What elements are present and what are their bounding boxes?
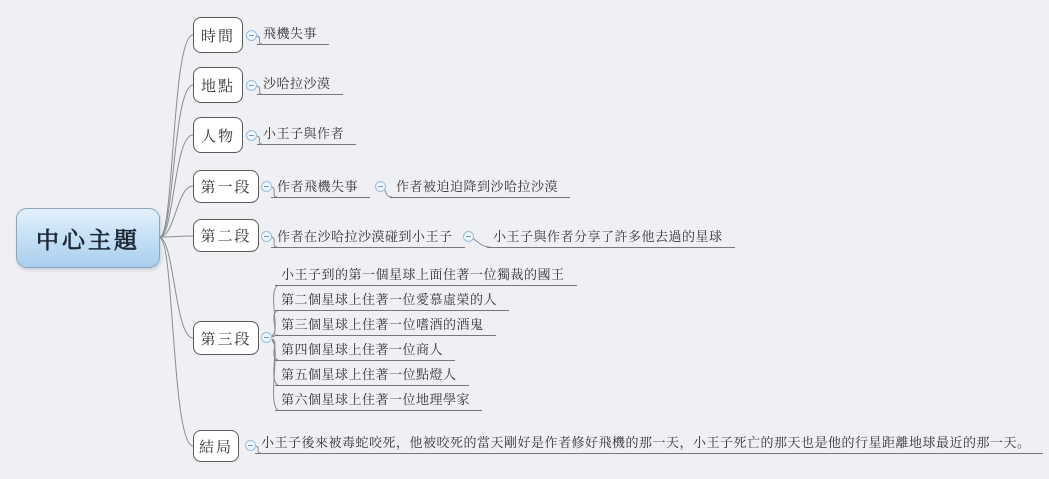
- connector-line: [160, 236, 193, 237]
- collapse-button[interactable]: [246, 30, 257, 41]
- connector-line: [160, 238, 193, 446]
- connector-line: [160, 238, 193, 338]
- minus-icon: [264, 236, 269, 237]
- minus-icon: [264, 186, 269, 187]
- minus-icon: [248, 445, 253, 446]
- connector-line: [160, 135, 193, 237]
- subtopic-planet-2-vain-man[interactable]: 第二個星球上住著一位愛慕虛榮的人: [275, 292, 509, 311]
- subtopic-planet-4-businessman[interactable]: 第四個星球上住著一位商人: [275, 342, 455, 361]
- subtopic-author-plane-crash[interactable]: 作者飛機失事: [271, 179, 370, 198]
- subtopic-shared-planets[interactable]: 小王子與作者分享了許多他去過的星球: [487, 229, 735, 248]
- connector-line: [160, 35, 193, 237]
- branch-topic-place[interactable]: 地點: [193, 67, 243, 103]
- subtopic-planet-6-geographer[interactable]: 第六個星球上住著一位地理學家: [275, 392, 482, 411]
- subtopic-meet-prince[interactable]: 作者在沙哈拉沙漠碰到小王子: [271, 229, 465, 248]
- collapse-button[interactable]: [463, 231, 474, 242]
- minus-icon: [249, 135, 254, 136]
- branch-topic-paragraph-2[interactable]: 第二段: [193, 219, 259, 252]
- collapse-button[interactable]: [246, 130, 257, 141]
- subtopic-sahara-desert[interactable]: 沙哈拉沙漠: [257, 76, 343, 95]
- branch-topic-paragraph-1[interactable]: 第一段: [193, 170, 259, 203]
- branch-topic-characters[interactable]: 人物: [193, 117, 243, 153]
- minus-icon: [249, 85, 254, 86]
- central-topic[interactable]: 中心主題: [16, 208, 160, 268]
- minus-icon: [264, 337, 269, 338]
- subtopic-ending-summary[interactable]: 小王子後來被毒蛇咬死，他被咬死的當天剛好是作者修好飛機的那一天，小王子死亡的那天…: [255, 435, 1043, 454]
- subtopic-plane-crash[interactable]: 飛機失事: [257, 26, 329, 45]
- subtopic-prince-and-author[interactable]: 小王子與作者: [257, 126, 356, 145]
- collapse-button[interactable]: [375, 181, 386, 192]
- branch-topic-paragraph-3[interactable]: 第三段: [193, 321, 259, 355]
- branch-topic-ending[interactable]: 結局: [193, 430, 239, 462]
- collapse-button[interactable]: [246, 80, 257, 91]
- subtopic-forced-landing[interactable]: 作者被迫迫降到沙哈拉沙漠: [390, 179, 570, 198]
- subtopic-planet-3-drunkard[interactable]: 第三個星球上住著一位嗜酒的酒鬼: [275, 317, 496, 336]
- minus-icon: [249, 35, 254, 36]
- collapse-button[interactable]: [261, 332, 272, 343]
- branch-topic-time[interactable]: 時間: [193, 17, 243, 53]
- subtopic-planet-5-lamplighter[interactable]: 第五個星球上住著一位點燈人: [275, 367, 469, 386]
- subtopic-planet-1-king[interactable]: 小王子到的第一個星球上面住著一位獨裁的國王: [275, 267, 577, 286]
- minus-icon: [466, 236, 471, 237]
- minus-icon: [378, 186, 383, 187]
- mindmap-canvas: 中心主題 時間 地點 人物 第一段 第二段 第三段 結局 飛機失事 沙哈拉沙漠 …: [0, 0, 1049, 479]
